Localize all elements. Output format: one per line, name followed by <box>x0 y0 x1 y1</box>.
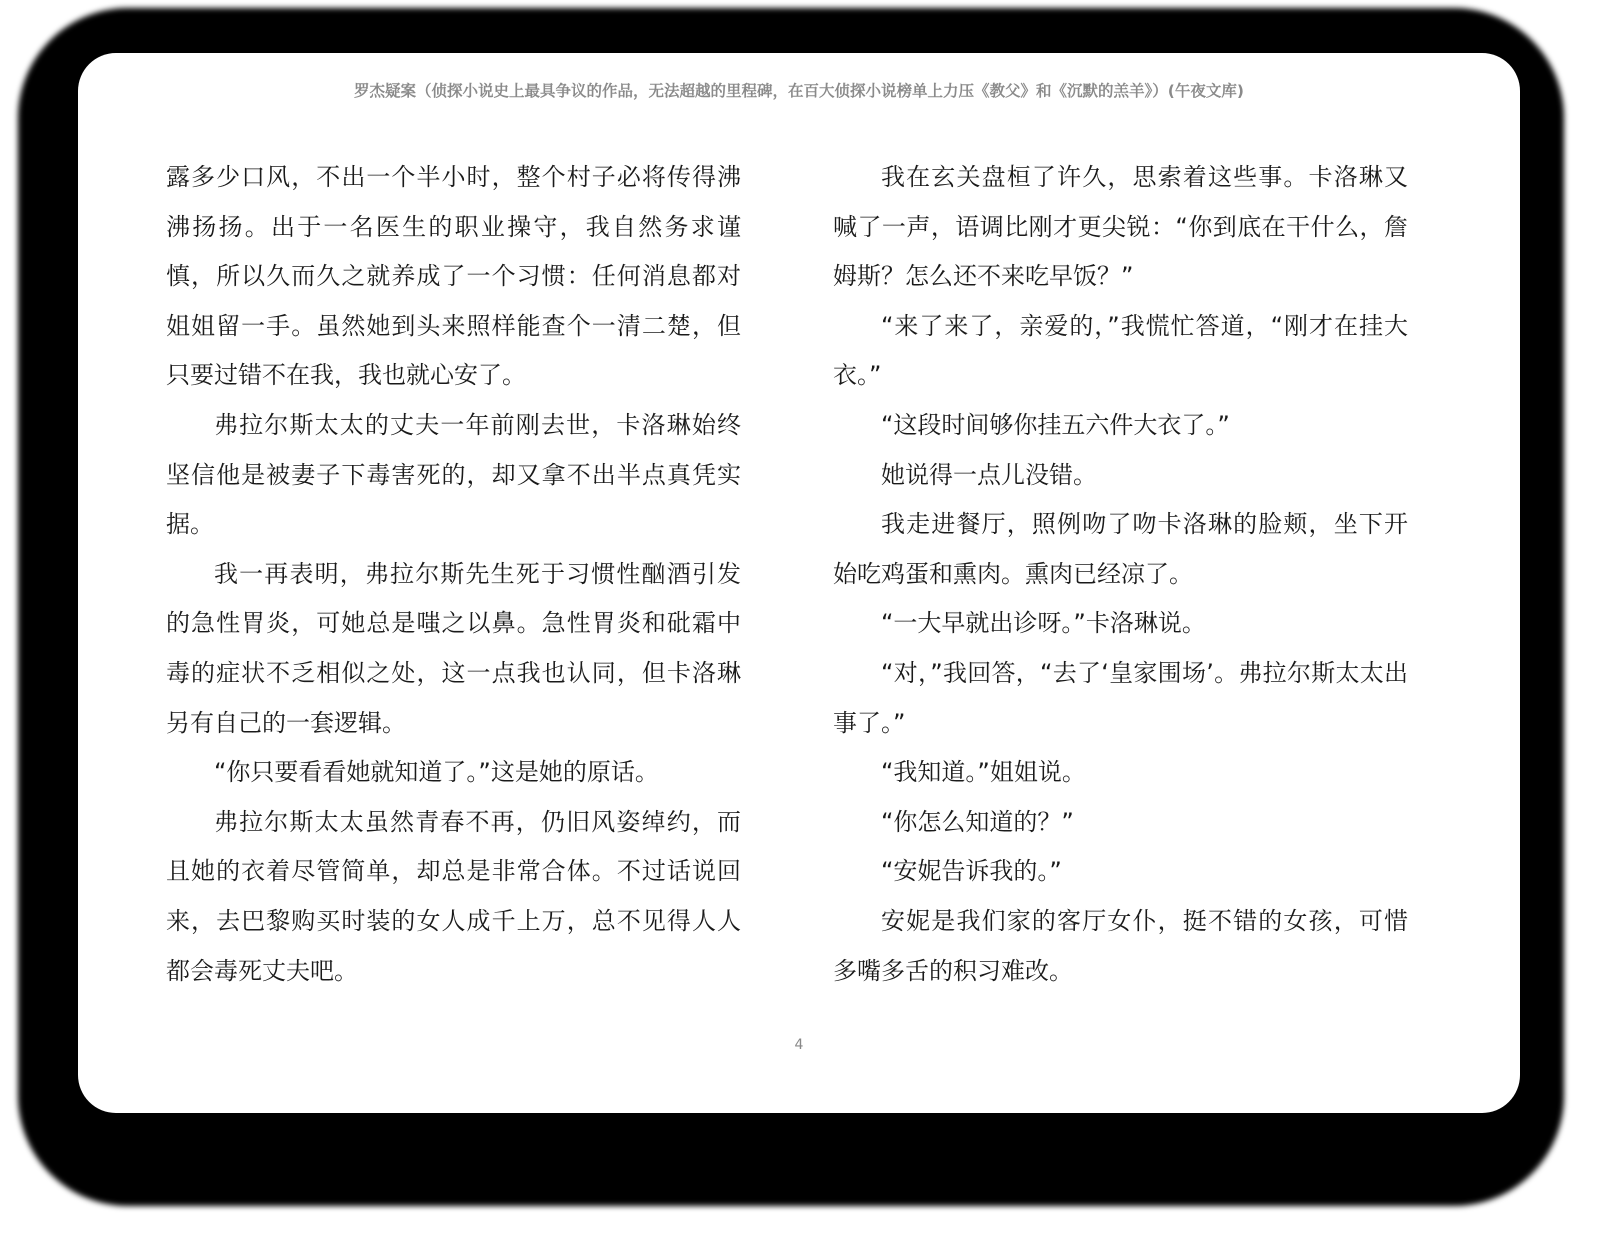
left-page-column: 露多少口风，不出一个半小时，整个村子必将传得沸沸扬扬。出于一名医生的职业操守，我… <box>166 153 741 996</box>
paragraph: “你怎么知道的？” <box>833 798 1408 848</box>
paragraph: 她说得一点儿没错。 <box>833 451 1408 501</box>
book-title: 罗杰疑案（侦探小说史上最具争议的作品，无法超越的里程碑，在百大侦探小说榜单上力压… <box>78 79 1520 101</box>
reader-window: 罗杰疑案（侦探小说史上最具争议的作品，无法超越的里程碑，在百大侦探小说榜单上力压… <box>78 53 1520 1113</box>
right-page-column: 我在玄关盘桓了许久，思索着这些事。卡洛琳又喊了一声，语调比刚才更尖锐：“你到底在… <box>833 153 1408 996</box>
paragraph: “来了来了，亲爱的，”我慌忙答道，“刚才在挂大衣。” <box>833 302 1408 401</box>
paragraph: 我在玄关盘桓了许久，思索着这些事。卡洛琳又喊了一声，语调比刚才更尖锐：“你到底在… <box>833 153 1408 302</box>
paragraph: “你只要看看她就知道了。”这是她的原话。 <box>166 748 741 798</box>
paragraph: 我走进餐厅，照例吻了吻卡洛琳的脸颊，坐下开始吃鸡蛋和熏肉。熏肉已经凉了。 <box>833 500 1408 599</box>
page-number: 4 <box>78 1037 1520 1053</box>
paragraph: 露多少口风，不出一个半小时，整个村子必将传得沸沸扬扬。出于一名医生的职业操守，我… <box>166 153 741 401</box>
paragraph: 弗拉尔斯太太的丈夫一年前刚去世，卡洛琳始终坚信他是被妻子下毒害死的，却又拿不出半… <box>166 401 741 550</box>
paragraph: 弗拉尔斯太太虽然青春不再，仍旧风姿绰约，而且她的衣着尽管简单，却总是非常合体。不… <box>166 798 741 996</box>
paragraph: 安妮是我们家的客厅女仆，挺不错的女孩，可惜多嘴多舌的积习难改。 <box>833 897 1408 996</box>
paragraph: “我知道。”姐姐说。 <box>833 748 1408 798</box>
paragraph: “一大早就出诊呀。”卡洛琳说。 <box>833 599 1408 649</box>
paragraph: “这段时间够你挂五六件大衣了。” <box>833 401 1408 451</box>
paragraph: 我一再表明，弗拉尔斯先生死于习惯性酗酒引发的急性胃炎，可她总是嗤之以鼻。急性胃炎… <box>166 550 741 748</box>
paragraph: “对，”我回答，“去了‘皇家围场’。弗拉尔斯太太出事了。” <box>833 649 1408 748</box>
paragraph: “安妮告诉我的。” <box>833 847 1408 897</box>
